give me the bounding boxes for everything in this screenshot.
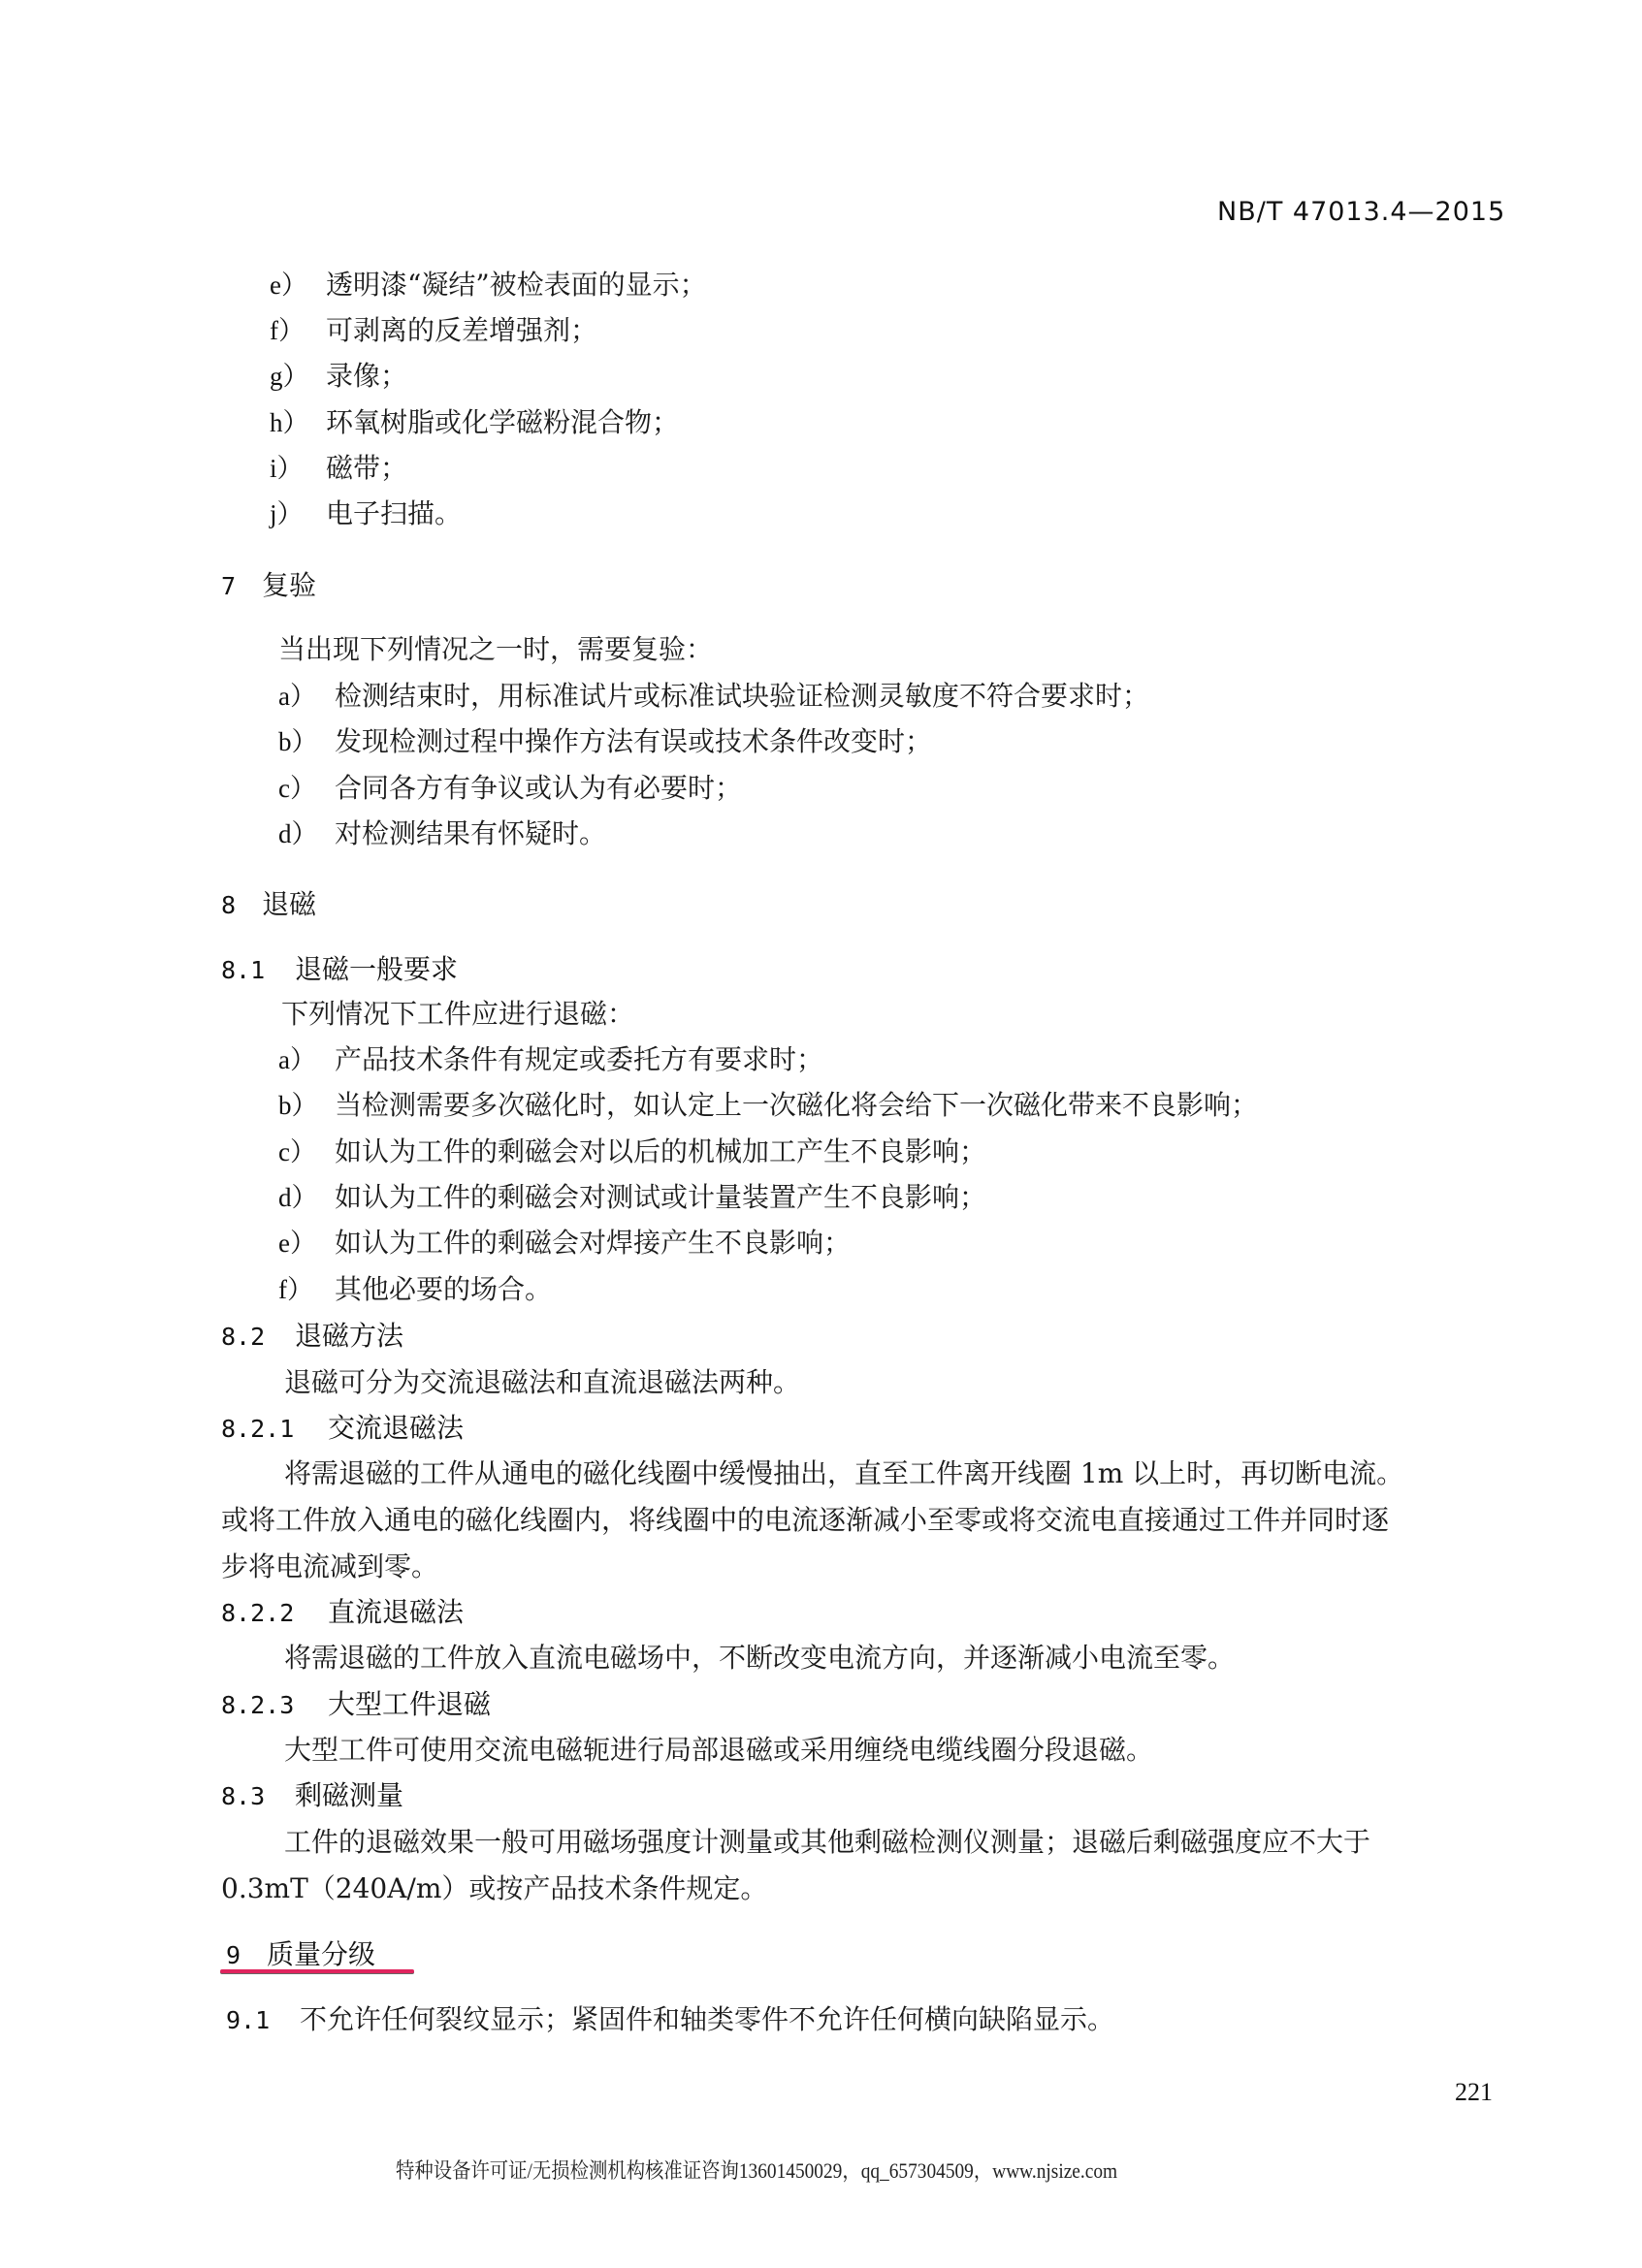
list-item: b）发现检测过程中操作方法有误或技术条件改变时； [278, 724, 932, 759]
section-number: 8.3 [221, 1779, 295, 1814]
list-label: c） [278, 1134, 335, 1169]
list-item: c）合同各方有争议或认为有必要时； [278, 771, 742, 806]
section-title: 剩磁测量 [295, 1779, 403, 1811]
section8-1-intro: 下列情况下工件应进行退磁： [281, 997, 634, 1032]
section-number: 8 [221, 888, 262, 923]
standard-number: NB/T 47013.4—2015 [1217, 197, 1505, 227]
list-item: d）对检测结果有怀疑时。 [278, 816, 606, 851]
section-title: 大型工件退磁 [328, 1688, 491, 1720]
list-label: e） [270, 268, 326, 303]
section-heading-8-2-3: 8.2.3大型工件退磁 [221, 1687, 491, 1723]
section-heading-9: 9质量分级 [226, 1937, 375, 1973]
section-title: 复验 [262, 569, 316, 601]
list-label: b） [278, 724, 335, 759]
section-heading-7: 7复验 [221, 568, 316, 604]
paragraph-line: 将需退磁的工件从通电的磁化线圈中缓慢抽出，直至工件离开线圈 1m 以上时，再切断… [284, 1456, 1403, 1491]
section-number: 8.2.1 [221, 1412, 328, 1447]
paragraph-line: 步将电流减到零。 [221, 1549, 438, 1584]
section-text: 不允许任何裂纹显示；紧固件和轴类零件不允许任何横向缺陷显示。 [300, 2003, 1114, 2035]
list-text: 可剥离的反差增强剂； [326, 314, 597, 346]
list-label: c） [278, 771, 335, 806]
paragraph-line: 0.3mT（240A/m）或按产品技术条件规定。 [221, 1871, 767, 1906]
list-text: 透明漆“凝结”被检表面的显示； [326, 269, 707, 301]
list-label: j） [270, 496, 326, 531]
section-number: 8.1 [221, 953, 295, 988]
section-number: 7 [221, 569, 262, 604]
list-label: d） [278, 816, 335, 851]
list-text: 磁带； [326, 452, 407, 484]
list-text: 检测结束时，用标准试片或标准试块验证检测灵敏度不符合要求时； [335, 680, 1149, 712]
section-heading-8-2-1: 8.2.1交流退磁法 [221, 1411, 464, 1447]
list-item: f）可剥离的反差增强剂； [270, 313, 597, 348]
list-item: f）其他必要的场合。 [278, 1272, 552, 1307]
list-item: a）检测结束时，用标准试片或标准试块验证检测灵敏度不符合要求时； [278, 679, 1149, 714]
list-item: c）如认为工件的剩磁会对以后的机械加工产生不良影响； [278, 1134, 986, 1169]
list-item: a）产品技术条件有规定或委托方有要求时； [278, 1042, 823, 1077]
section-title: 质量分级 [267, 1938, 375, 1970]
list-text: 如认为工件的剩磁会对测试或计量装置产生不良影响； [335, 1181, 986, 1213]
section8-2-3-text: 大型工件可使用交流电磁轭进行局部退磁或采用缠绕电缆线圈分段退磁。 [284, 1733, 1153, 1768]
list-item: j）电子扫描。 [270, 496, 462, 531]
list-text: 如认为工件的剩磁会对以后的机械加工产生不良影响； [335, 1135, 986, 1167]
list-item: e）如认为工件的剩磁会对焊接产生不良影响； [278, 1226, 851, 1261]
section-number: 9.1 [226, 2003, 300, 2038]
section-title: 退磁方法 [295, 1320, 403, 1352]
section-title: 退磁一般要求 [295, 953, 458, 985]
section-title: 退磁 [262, 888, 316, 920]
list-label: g） [270, 359, 326, 394]
list-text: 对检测结果有怀疑时。 [335, 817, 606, 849]
list-text: 电子扫描。 [326, 497, 462, 529]
list-item: e）透明漆“凝结”被检表面的显示； [270, 268, 707, 303]
list-text: 环氧树脂或化学磁粉混合物； [326, 406, 679, 438]
list-label: a） [278, 1042, 335, 1077]
section-heading-8-2-2: 8.2.2直流退磁法 [221, 1595, 464, 1631]
list-text: 录像； [326, 360, 407, 392]
section-number: 8.2.2 [221, 1596, 328, 1631]
list-text: 如认为工件的剩磁会对焊接产生不良影响； [335, 1227, 851, 1259]
section8-2-text: 退磁可分为交流退磁法和直流退磁法两种。 [284, 1365, 800, 1400]
section-heading-8-1: 8.1退磁一般要求 [221, 952, 458, 988]
section-number: 8.2 [221, 1320, 295, 1355]
list-text: 当检测需要多次磁化时，如认定上一次磁化将会给下一次磁化带来不良影响； [335, 1089, 1258, 1121]
section-title: 交流退磁法 [328, 1412, 464, 1444]
section-heading-8-2: 8.2退磁方法 [221, 1319, 403, 1355]
list-text: 产品技术条件有规定或委托方有要求时； [335, 1043, 823, 1075]
list-label: i） [270, 451, 326, 486]
list-text: 发现检测过程中操作方法有误或技术条件改变时； [335, 725, 932, 757]
section7-intro: 当出现下列情况之一时，需要复验： [278, 632, 713, 667]
section-number: 9 [226, 1938, 267, 1973]
section-title: 直流退磁法 [328, 1596, 464, 1628]
section-heading-8: 8退磁 [221, 887, 316, 923]
list-label: h） [270, 405, 326, 440]
section-9-1: 9.1不允许任何裂纹显示；紧固件和轴类零件不允许任何横向缺陷显示。 [226, 2002, 1114, 2038]
list-label: f） [278, 1272, 335, 1307]
list-label: b） [278, 1088, 335, 1123]
highlight-underline [220, 1969, 414, 1973]
list-item: b）当检测需要多次磁化时，如认定上一次磁化将会给下一次磁化带来不良影响； [278, 1088, 1258, 1123]
list-item: h）环氧树脂或化学磁粉混合物； [270, 405, 679, 440]
list-item: i）磁带； [270, 451, 407, 486]
footer-watermark: 特种设备许可证/无损检测机构核准证咨询13601450029，qq_657304… [396, 2155, 1117, 2185]
list-item: g）录像； [270, 359, 407, 394]
list-item: d）如认为工件的剩磁会对测试或计量装置产生不良影响； [278, 1180, 986, 1215]
list-label: a） [278, 679, 335, 714]
list-text: 合同各方有争议或认为有必要时； [335, 772, 742, 804]
paragraph-line: 或将工件放入通电的磁化线圈内，将线圈中的电流逐渐减小至零或将交流电直接通过工件并… [221, 1503, 1389, 1538]
section-heading-8-3: 8.3剩磁测量 [221, 1778, 403, 1814]
list-label: f） [270, 313, 326, 348]
list-label: e） [278, 1226, 335, 1261]
document-page: NB/T 47013.4—2015 e）透明漆“凝结”被检表面的显示； f）可剥… [0, 0, 1642, 2268]
paragraph-line: 工件的退磁效果一般可用磁场强度计测量或其他剩磁检测仪测量；退磁后剩磁强度应不大于 [284, 1825, 1370, 1860]
page-number: 221 [1455, 2078, 1493, 2107]
list-label: d） [278, 1180, 335, 1215]
section8-2-2-text: 将需退磁的工件放入直流电磁场中，不断改变电流方向，并逐渐减小电流至零。 [284, 1641, 1235, 1676]
section-number: 8.2.3 [221, 1688, 328, 1723]
list-text: 其他必要的场合。 [335, 1273, 552, 1305]
